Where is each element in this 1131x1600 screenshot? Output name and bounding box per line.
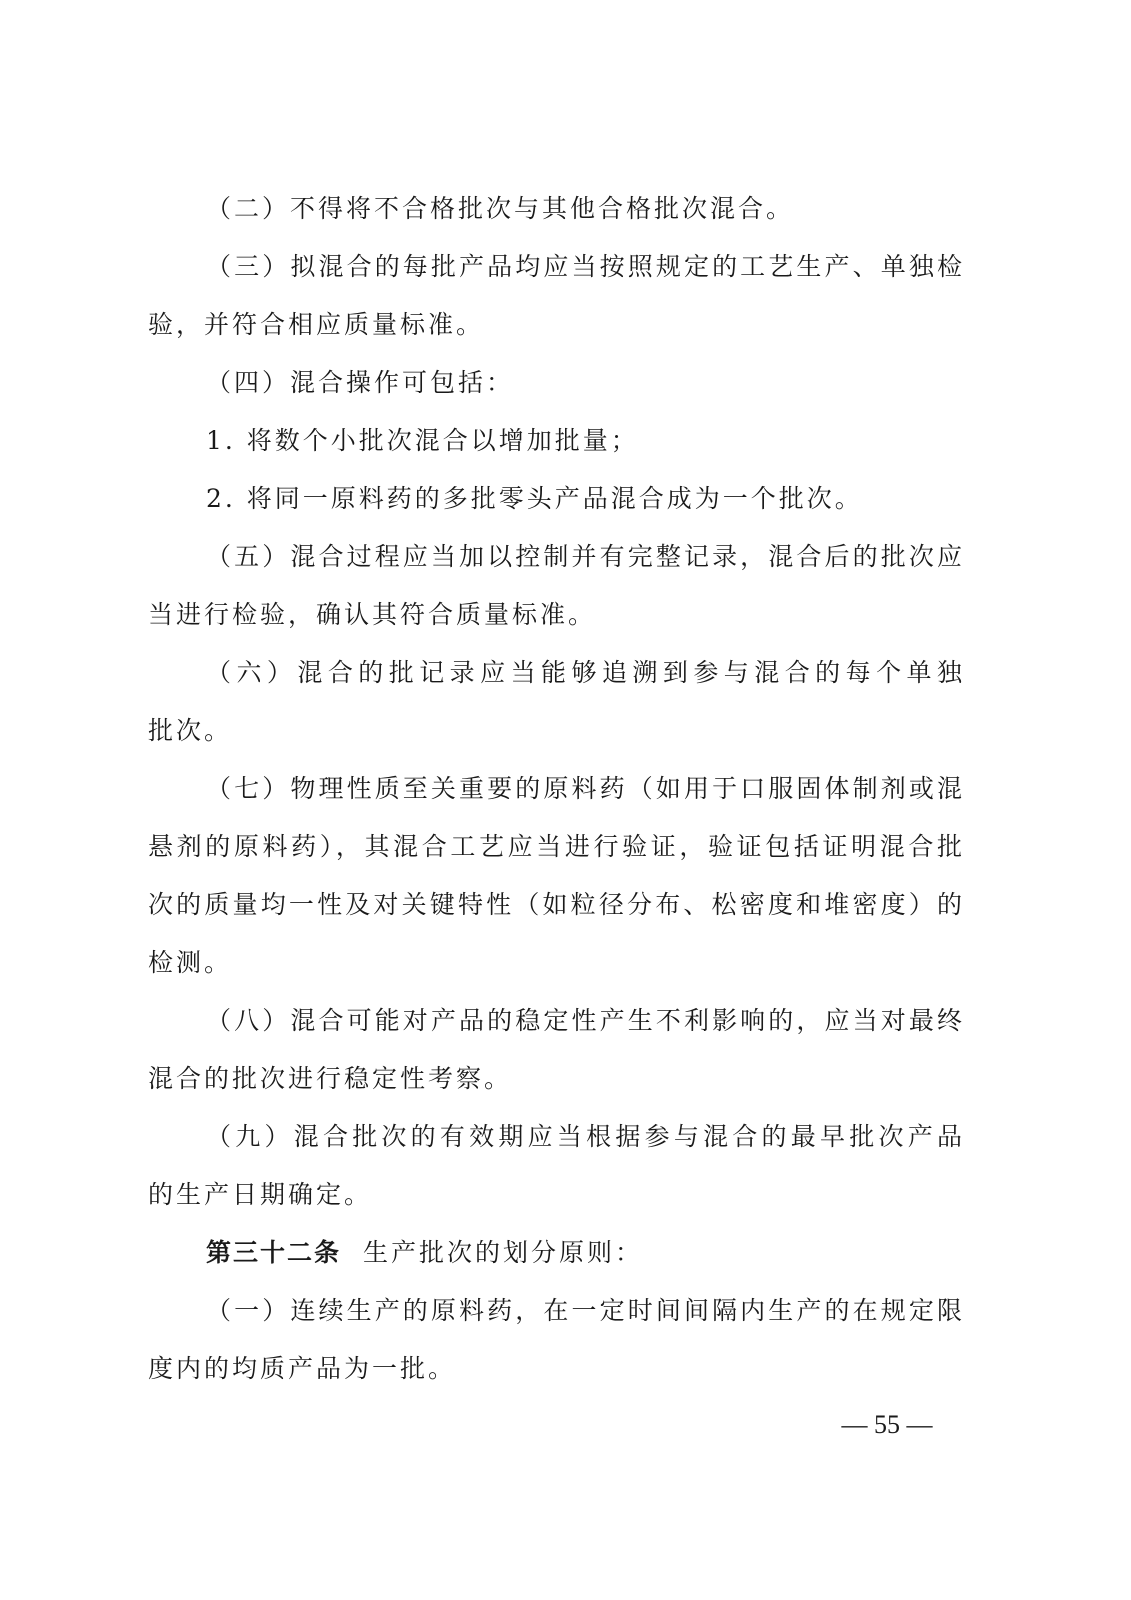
list-item-line: 1. 将数个小批次混合以增加批量； [206, 421, 962, 461]
document-page: （二）不得将不合格批次与其他合格批次混合。 （三）拟混合的每批产品均应当按照规定… [0, 0, 1131, 1600]
paragraph-line: （三）拟混合的每批产品均应当按照规定的工艺生产、单独检 [206, 247, 962, 287]
paragraph-line: （二）不得将不合格批次与其他合格批次混合。 [206, 189, 962, 229]
paragraph-line: 混合的批次进行稳定性考察。 [148, 1059, 962, 1099]
paragraph-line: 验，并符合相应质量标准。 [148, 305, 962, 345]
list-item-line: 2. 将同一原料药的多批零头产品混合成为一个批次。 [206, 479, 962, 519]
paragraph-line: 的生产日期确定。 [148, 1175, 962, 1215]
article-heading: 第三十二条生产批次的划分原则： [206, 1233, 962, 1273]
paragraph-line: （五）混合过程应当加以控制并有完整记录，混合后的批次应 [206, 537, 962, 577]
paragraph-line: （七）物理性质至关重要的原料药（如用于口服固体制剂或混 [206, 769, 962, 809]
paragraph-line: 度内的均质产品为一批。 [148, 1349, 962, 1389]
page-number: — 55 — [832, 1405, 942, 1445]
paragraph-line: 次的质量均一性及对关键特性（如粒径分布、松密度和堆密度）的 [148, 885, 962, 925]
paragraph-line: （六）混合的批记录应当能够追溯到参与混合的每个单独 [206, 653, 962, 693]
article-title: 生产批次的划分原则： [363, 1238, 643, 1267]
paragraph-line: （八）混合可能对产品的稳定性产生不利影响的，应当对最终 [206, 1001, 962, 1041]
paragraph-line: 当进行检验，确认其符合质量标准。 [148, 595, 962, 635]
paragraph-line: 批次。 [148, 711, 962, 751]
article-number: 第三十二条 [206, 1238, 341, 1267]
paragraph-line: 悬剂的原料药），其混合工艺应当进行验证，验证包括证明混合批 [148, 827, 962, 867]
paragraph-line: （九）混合批次的有效期应当根据参与混合的最早批次产品 [206, 1117, 962, 1157]
paragraph-line: （四）混合操作可包括： [206, 363, 962, 403]
paragraph-line: 检测。 [148, 943, 962, 983]
paragraph-line: （一）连续生产的原料药，在一定时间间隔内生产的在规定限 [206, 1291, 962, 1331]
